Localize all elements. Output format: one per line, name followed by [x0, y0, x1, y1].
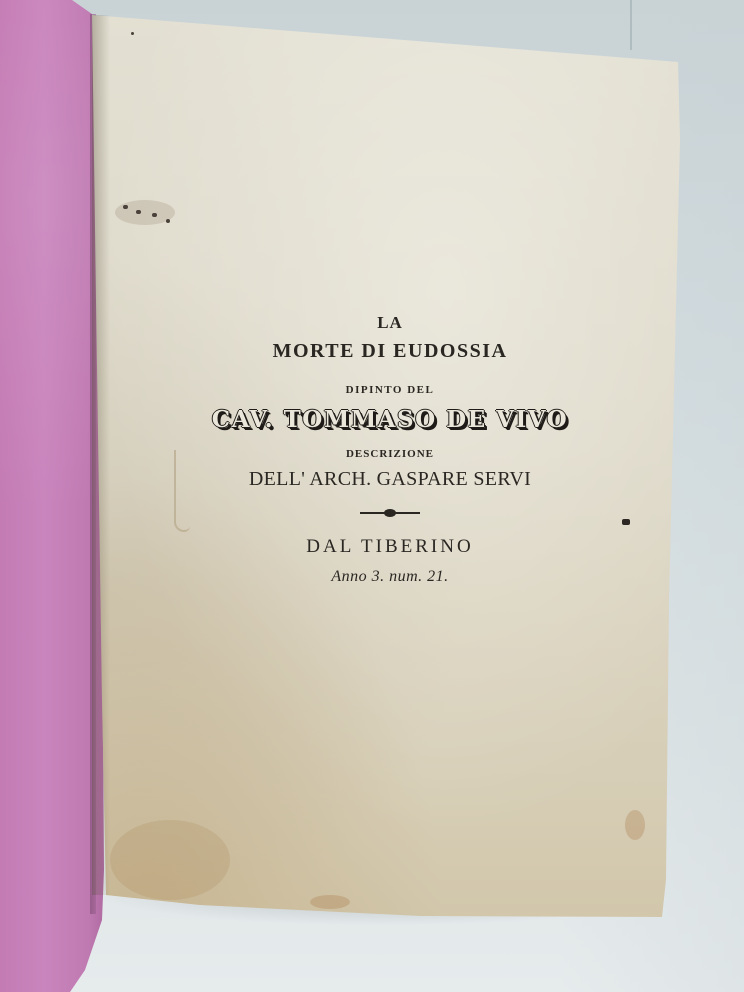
spine-shade [92, 15, 110, 895]
title-block: LA MORTE DI EUDOSSIA DIPINTO DEL CAV. TO… [200, 0, 580, 992]
binding-thread [174, 450, 190, 532]
spot [622, 519, 630, 525]
spot [123, 205, 128, 209]
author-name: DELL' ARCH. GASPARE SERVI [200, 468, 580, 491]
spot [131, 32, 134, 35]
subtitle-dipinto: DIPINTO DEL [200, 384, 580, 396]
ornament-icon [360, 508, 420, 518]
stain [625, 810, 645, 840]
photo-scene: LA MORTE DI EUDOSSIA DIPINTO DEL CAV. TO… [0, 0, 744, 992]
subtitle-descrizione: DESCRIZIONE [200, 448, 580, 460]
source-publication: DAL TIBERINO [200, 536, 580, 558]
title-main: MORTE DI EUDOSSIA [200, 340, 580, 363]
spot [136, 210, 141, 214]
painter-name: CAV. TOMMASO DE VIVO [200, 406, 580, 433]
background-glass-edge [630, 0, 632, 50]
spot [166, 219, 170, 223]
ornament-rule-icon [200, 505, 580, 517]
spot [152, 213, 157, 217]
title-article: LA [200, 313, 580, 333]
issue-number: Anno 3. num. 21. [200, 568, 580, 586]
